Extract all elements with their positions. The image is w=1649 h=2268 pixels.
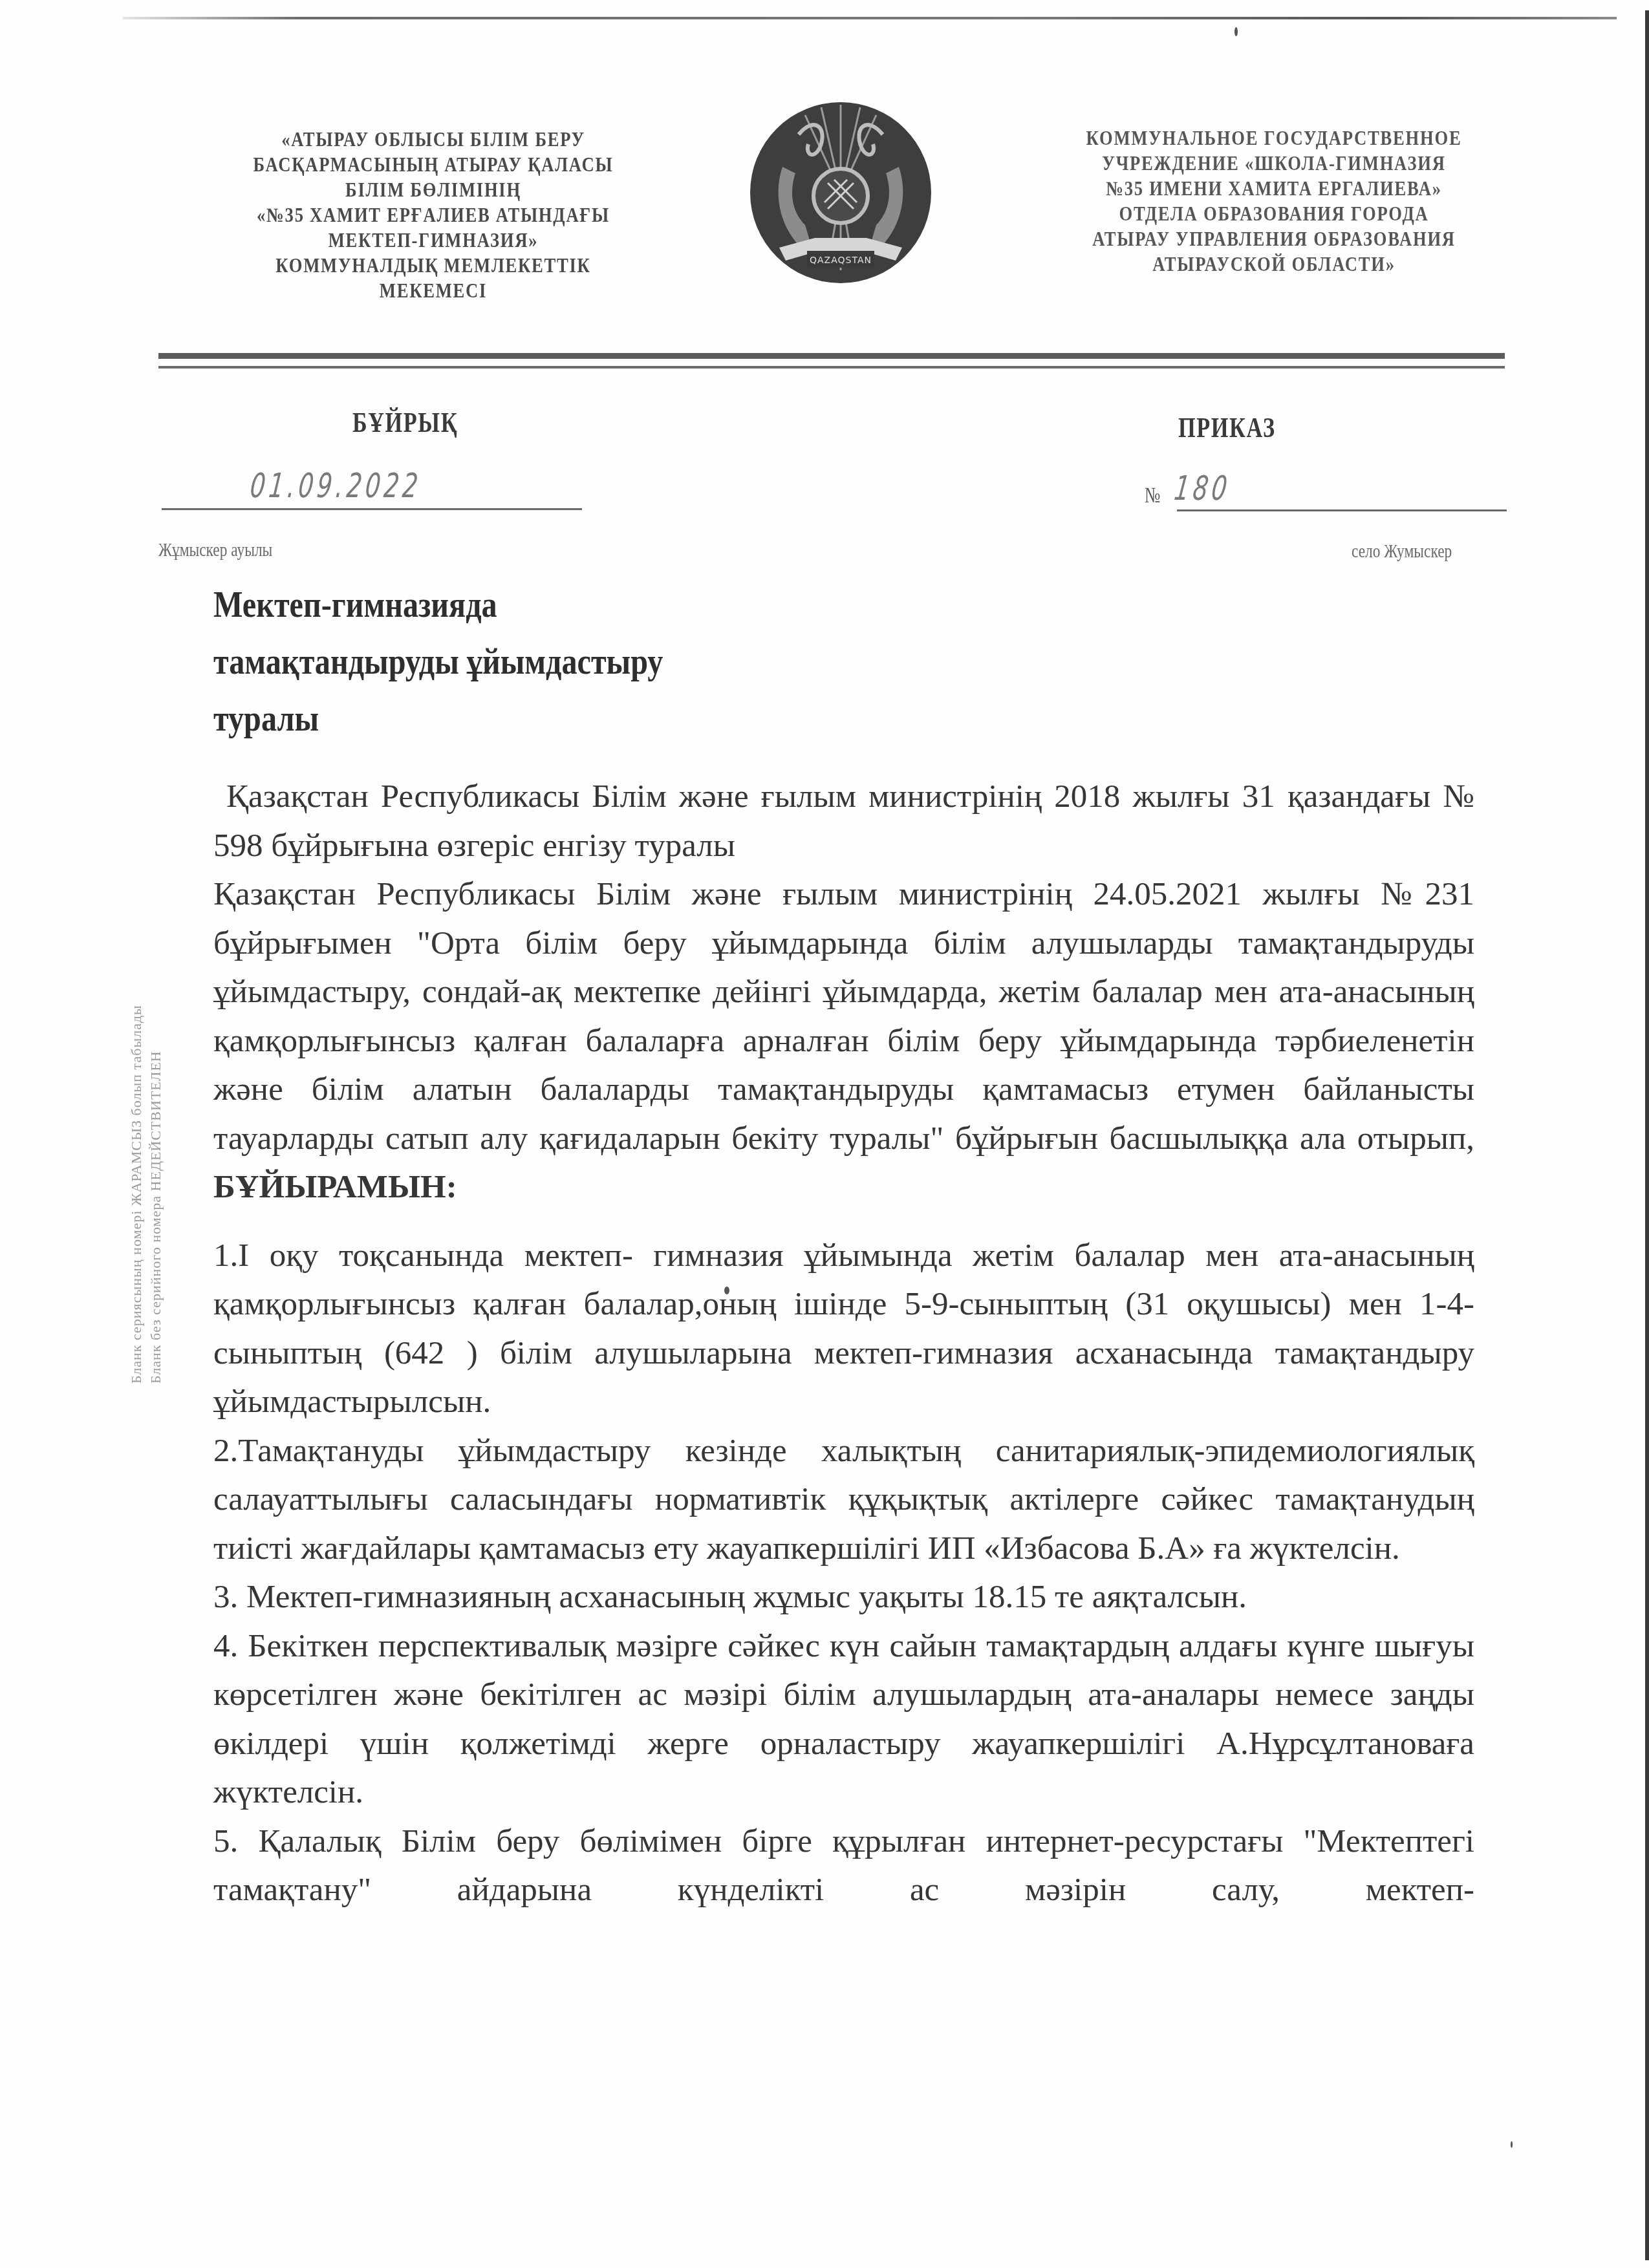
preamble-text: Қазақстан Республикасы Білім және ғылым …	[213, 876, 1474, 1157]
handwritten-date: 01.09.2022	[248, 467, 423, 506]
preamble-paragraph-1: Қазақстан Республикасы Білім және ғылым …	[213, 773, 1474, 870]
order-title-kz: БҰЙРЫҚ	[352, 406, 458, 439]
org-header-ru: КОММУНАЛЬНОЕ ГОСУДАРСТВЕННОЕ УЧРЕЖДЕНИЕ …	[1002, 125, 1547, 277]
blank-serial-note-kz: Бланк сериясының номері ЖАРАМСЫЗ болып т…	[127, 931, 146, 1384]
header-divider-thick	[158, 353, 1505, 359]
order-item-5: 5. Қалалық Білім беру бөлімімен бірге құ…	[213, 1817, 1474, 1915]
scan-edge-shadow	[1645, 10, 1649, 2260]
document-title-line: Мектеп-гимназияда	[213, 577, 663, 634]
org-header-kz-line: БІЛІМ БӨЛІМІНІҢ	[183, 177, 684, 202]
kazakhstan-state-emblem-icon: QAZAQSTAN	[744, 96, 938, 290]
preamble-paragraph-2: Қазақстан Республикасы Білім және ғылым …	[213, 870, 1474, 1212]
org-header-kz-line: КОММУНАЛДЫҚ МЕМЛЕКЕТТІК	[183, 253, 684, 278]
scan-speck	[1234, 27, 1238, 36]
document-title: Мектеп-гимназияда тамақтандыруды ұйымдас…	[213, 577, 663, 747]
org-header-kz-line: МЕКЕМЕСІ	[183, 278, 684, 303]
order-date-field: 01.09.2022	[162, 471, 582, 510]
paragraph-gap	[213, 1212, 1474, 1232]
place-kz: Жұмыскер ауылы	[158, 539, 272, 561]
svg-text:QAZAQSTAN: QAZAQSTAN	[810, 255, 872, 266]
order-item-4: 4. Бекіткен перспективалық мәзірге сәйке…	[213, 1622, 1474, 1817]
scanned-document-page: «АТЫРАУ ОБЛЫСЫ БІЛІМ БЕРУ БАСҚАРМАСЫНЫҢ …	[0, 0, 1649, 2268]
order-item-2: 2.Тамақтануды ұйымдастыру кезінде халықт…	[213, 1427, 1474, 1574]
org-header-ru-line: ОТДЕЛА ОБРАЗОВАНИЯ ГОРОДА	[1002, 201, 1547, 226]
document-title-line: тамақтандыруды ұйымдастыру	[213, 634, 663, 690]
scan-speck	[1511, 2141, 1513, 2148]
scan-speck	[724, 1287, 729, 1294]
org-header-kz-line: «№35 ХАМИТ ЕРҒАЛИЕВ АТЫНДАҒЫ	[183, 202, 684, 228]
header-divider-thin	[158, 366, 1505, 369]
blank-serial-note-ru: Бланк без серийного номера НЕДЕЙСТВИТЕЛЕ…	[146, 931, 166, 1384]
org-header-ru-line: КОММУНАЛЬНОЕ ГОСУДАРСТВЕННОЕ	[1002, 125, 1547, 151]
document-body: Қазақстан Республикасы Білім және ғылым …	[213, 773, 1474, 1915]
blank-serial-note: Бланк сериясының номері ЖАРАМСЫЗ болып т…	[127, 931, 166, 1384]
org-header-kz-line: БАСҚАРМАСЫНЫҢ АТЫРАУ ҚАЛАСЫ	[183, 152, 684, 177]
order-item-1: 1.I оқу тоқсанында мектеп- гимназия ұйым…	[213, 1232, 1474, 1427]
handwritten-order-number: 180	[1172, 469, 1233, 508]
org-header-kz: «АТЫРАУ ОБЛЫСЫ БІЛІМ БЕРУ БАСҚАРМАСЫНЫҢ …	[183, 127, 684, 303]
order-directive: БҰЙЫРАМЫН:	[213, 1169, 457, 1205]
place-ru: село Жумыскер	[1352, 540, 1452, 562]
org-header-kz-line: «АТЫРАУ ОБЛЫСЫ БІЛІМ БЕРУ	[183, 127, 684, 152]
order-number-field: № 180	[1145, 472, 1507, 509]
order-item-3: 3. Мектеп-гимназияның асханасының жұмыс …	[213, 1573, 1474, 1622]
org-header-ru-line: №35 ИМЕНИ ХАМИТА ЕРГАЛИЕВА»	[1002, 176, 1547, 201]
org-header-ru-line: АТЫРАУ УПРАВЛЕНИЯ ОБРАЗОВАНИЯ	[1002, 226, 1547, 251]
org-header-ru-line: УЧРЕЖДЕНИЕ «ШКОЛА-ГИМНАЗИЯ	[1002, 151, 1547, 176]
order-title-ru: ПРИКАЗ	[1178, 411, 1276, 444]
org-header-kz-line: МЕКТЕП-ГИМНАЗИЯ»	[183, 228, 684, 253]
number-underline	[1177, 509, 1507, 511]
scan-artifact-line	[123, 17, 1617, 19]
org-header-ru-line: АТЫРАУСКОЙ ОБЛАСТИ»	[1002, 251, 1547, 277]
document-title-line: туралы	[213, 690, 663, 747]
number-sign: №	[1145, 484, 1160, 508]
